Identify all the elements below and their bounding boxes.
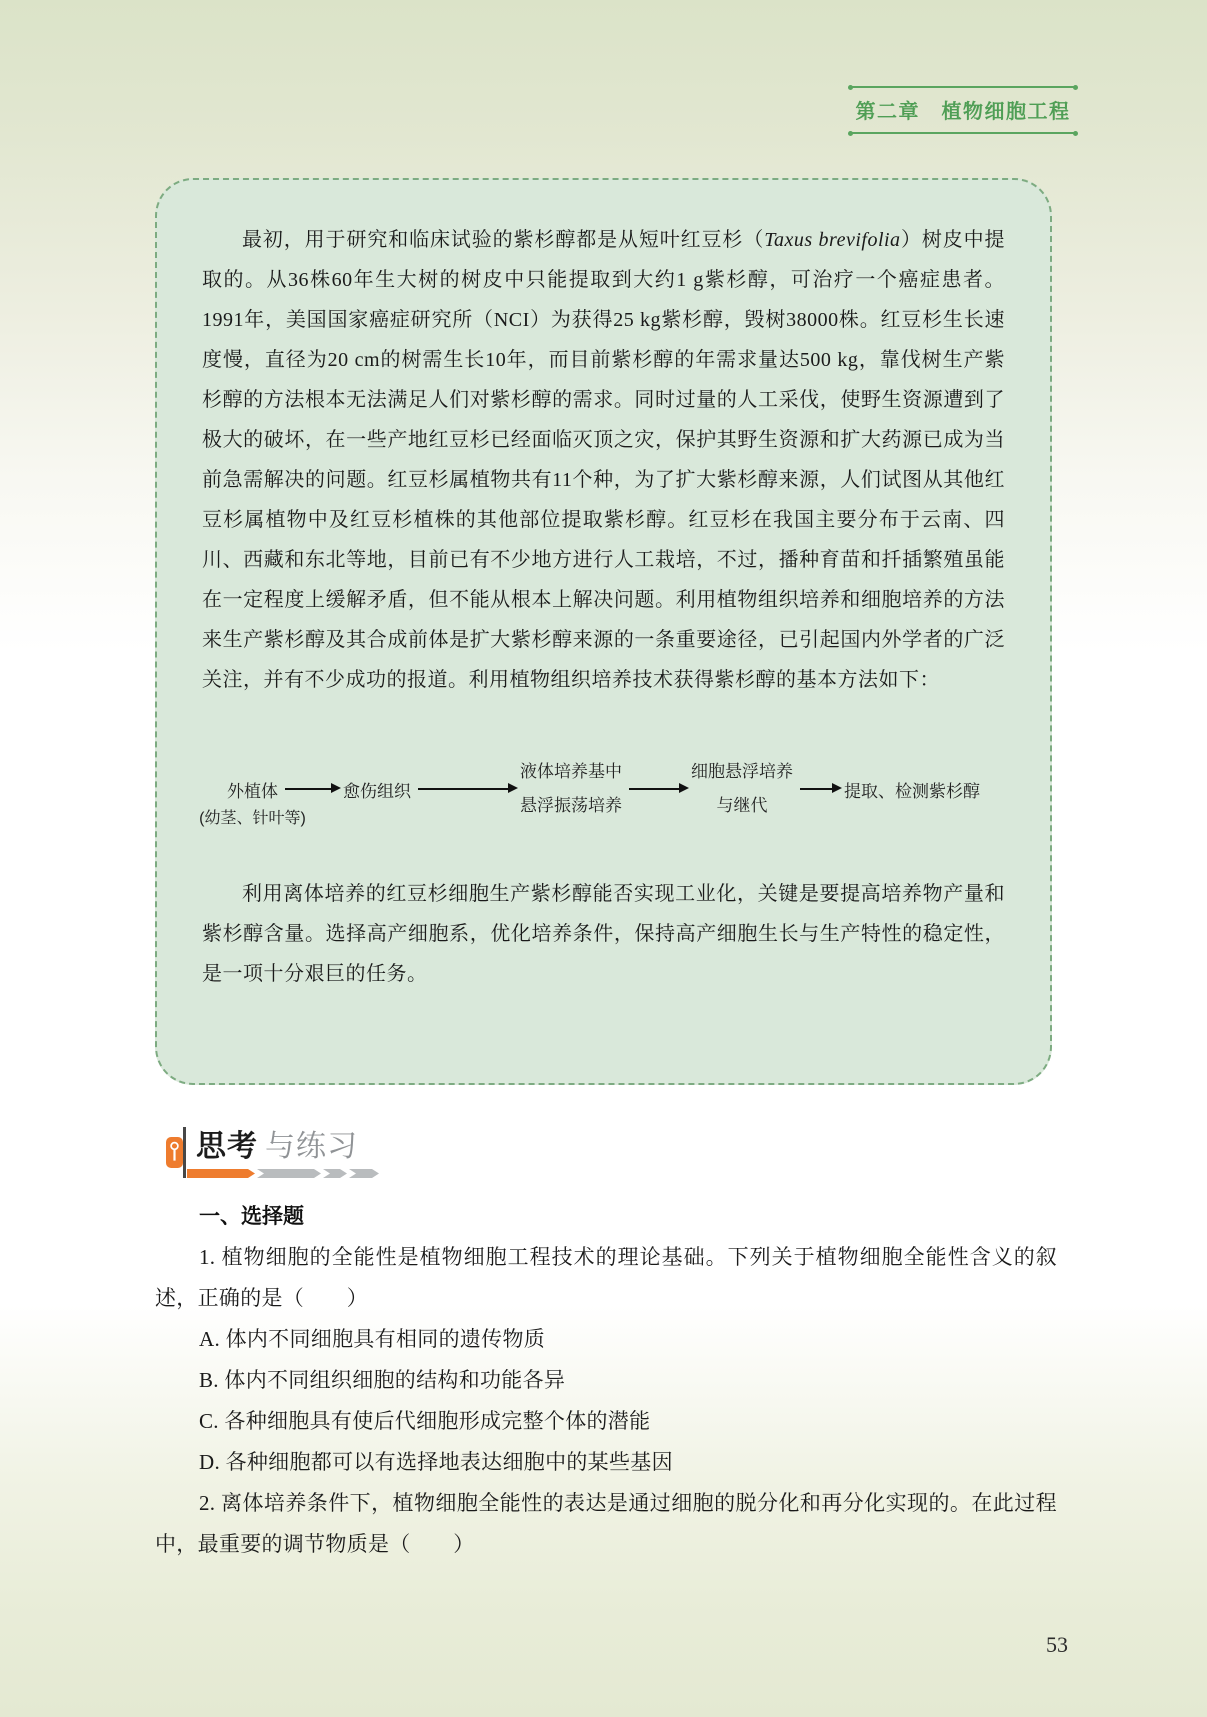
latin-species-name: Taxus brevifolia	[764, 229, 900, 251]
flow-step-liquid-line2: 悬浮振荡培养	[520, 789, 622, 823]
intro-p1-text-pre: 最初，用于研究和临床试验的紫杉醇都是从短叶红豆杉（	[242, 229, 764, 251]
arrow-right-icon	[800, 788, 832, 790]
exercises-header: 思考与练习	[155, 1126, 455, 1186]
flow-step-explant-note: (幼茎、针叶等)	[199, 805, 306, 828]
question-1-option-b: B. 体内不同组织细胞的结构和功能各异	[155, 1360, 1057, 1401]
arrow-bar	[187, 1169, 379, 1178]
flow-step-explant-label: 外植体	[227, 782, 278, 801]
question-1-option-c: C. 各种细胞具有使后代细胞形成完整个体的潜能	[155, 1401, 1057, 1442]
arrow-right-icon	[418, 788, 508, 790]
flow-step-suspension-line1: 细胞悬浮培养	[691, 755, 793, 789]
exercises-title: 思考与练习	[196, 1126, 358, 1168]
flow-step-suspension-line2: 与继代	[691, 789, 793, 823]
page-number: 53	[1046, 1632, 1068, 1658]
chapter-title: 第二章 植物细胞工程	[849, 88, 1077, 132]
intro-paragraph-2: 利用离体培养的红豆杉细胞生产紫杉醇能否实现工业化，关键是要提高培养物产量和紫杉醇…	[202, 874, 1005, 994]
flow-diagram: 外植体 (幼茎、针叶等) 愈伤组织 液体培养基中 悬浮振荡培养 细胞悬浮培养 与…	[202, 750, 1005, 828]
key-icon-glyph	[169, 1141, 180, 1164]
arrow-bar-orange-segment	[187, 1169, 255, 1178]
intro-box: 最初，用于研究和临床试验的紫杉醇都是从短叶红豆杉（Taxus brevifoli…	[155, 178, 1052, 1085]
section-heading: 一、选择题	[155, 1196, 1057, 1237]
arrow-right-icon	[285, 788, 331, 790]
questions-section: 一、选择题 1. 植物细胞的全能性是植物细胞工程技术的理论基础。下列关于植物细胞…	[155, 1196, 1057, 1565]
flow-step-callus: 愈伤组织	[343, 777, 411, 802]
question-1-option-a: A. 体内不同细胞具有相同的遗传物质	[155, 1319, 1057, 1360]
arrow-right-icon	[629, 788, 679, 790]
flow-step-liquid-culture: 液体培养基中 悬浮振荡培养	[520, 755, 622, 823]
arrow-bar-gray-segment	[349, 1169, 379, 1178]
exercises-title-bold: 思考	[196, 1130, 258, 1163]
intro-paragraph-1: 最初，用于研究和临床试验的紫杉醇都是从短叶红豆杉（Taxus brevifoli…	[202, 220, 1005, 700]
question-1: 1. 植物细胞的全能性是植物细胞工程技术的理论基础。下列关于植物细胞全能性含义的…	[155, 1237, 1057, 1319]
intro-p1-text-post: ）树皮中提取的。从36株60年生大树的树皮中只能提取到大约1 g紫杉醇，可治疗一…	[202, 229, 1005, 691]
question-2: 2. 离体培养条件下，植物细胞全能性的表达是通过细胞的脱分化和再分化实现的。在此…	[155, 1483, 1057, 1565]
key-icon	[166, 1137, 183, 1168]
exercises-title-light: 与练习	[265, 1130, 358, 1163]
flow-step-liquid-line1: 液体培养基中	[520, 755, 622, 789]
flow-step-extract: 提取、检测紫杉醇	[844, 777, 980, 802]
question-1-option-d: D. 各种细胞都可以有选择地表达细胞中的某些基因	[155, 1442, 1057, 1483]
arrow-bar-gray-segment	[323, 1169, 347, 1178]
flow-step-suspension: 细胞悬浮培养 与继代	[691, 755, 793, 823]
header-rule-top	[849, 86, 1077, 88]
header-rule-bottom	[849, 132, 1077, 134]
arrow-bar-gray-segment	[257, 1169, 321, 1178]
chapter-header: 第二章 植物细胞工程	[849, 86, 1077, 134]
header-divider	[183, 1127, 186, 1178]
flow-step-explant: 外植体 (幼茎、针叶等)	[227, 777, 278, 802]
